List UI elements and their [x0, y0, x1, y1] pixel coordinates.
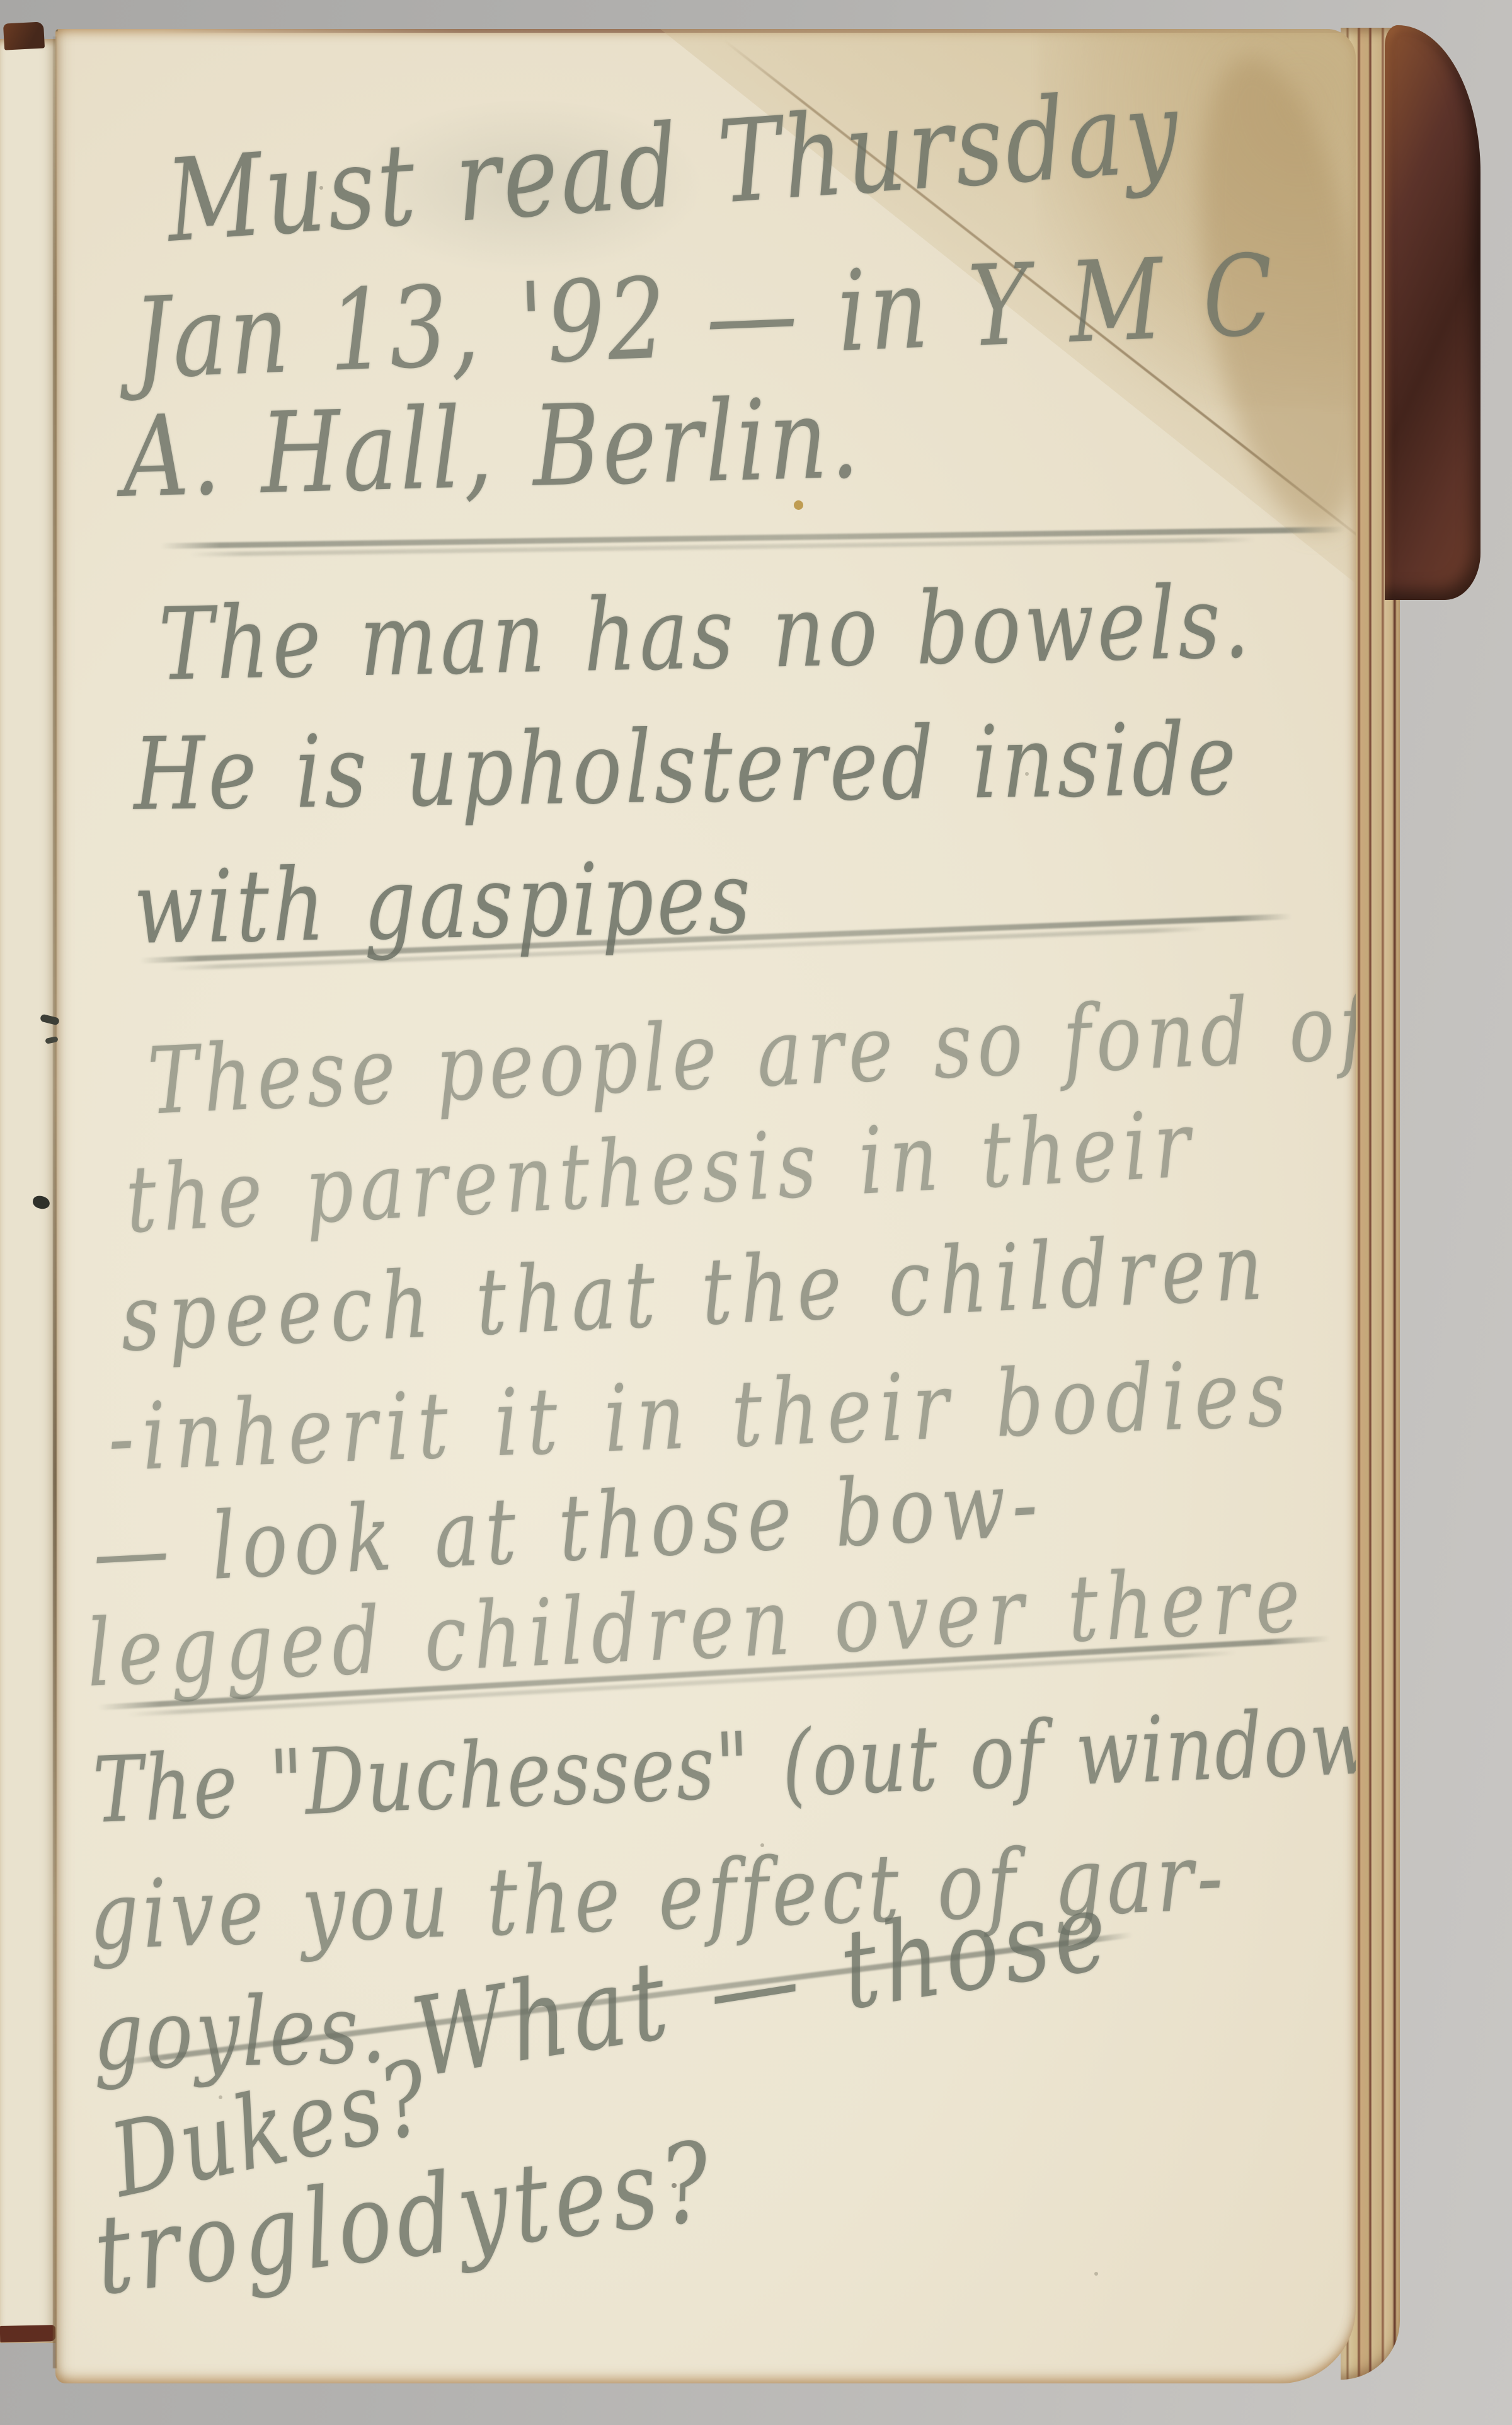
handwriting-line: The "Duchesses" (out of window)	[91, 1695, 1356, 1836]
handwriting-line: A. Hall, Berlin.	[122, 383, 863, 514]
handwriting-line: The man has no bowels.	[157, 572, 1253, 694]
pencil-rule	[161, 527, 1345, 549]
facing-page-edge	[0, 39, 58, 2343]
handwriting-line: He is upholstered inside	[133, 709, 1240, 824]
notebook-page: Must read Thursday Jan 13, '92 — in Y M …	[55, 29, 1356, 2383]
binding-seam	[53, 37, 57, 2368]
cover-corner-tab	[3, 21, 45, 50]
leather-cover-edge	[1385, 25, 1480, 600]
paper-speck	[55, 29, 58, 32]
photo-backdrop: Must read Thursday Jan 13, '92 — in Y M …	[0, 0, 1512, 2425]
cover-edge-bottom	[0, 2325, 55, 2342]
handwriting-line: -inherit it in their bodies	[106, 1348, 1296, 1486]
